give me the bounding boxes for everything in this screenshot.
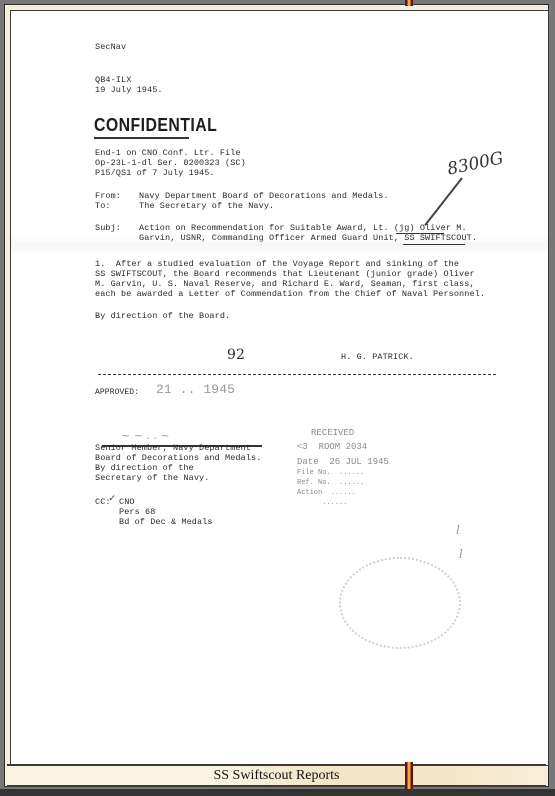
from-label: From: (95, 191, 121, 202)
reference-line-3: P15/QS1 of 7 July 1945. (95, 168, 215, 179)
document-scan: SecNav QB4-ILX 19 July 1945. CONFIDENTIA… (10, 10, 549, 766)
ribbon-bookmark-bottom (405, 762, 413, 791)
margin-mark: l (456, 523, 460, 537)
reference-line-1: End-1 on CNO Conf. Ltr. File (95, 148, 241, 159)
signature-block-line-1: Senior Member, Navy Department (95, 443, 251, 454)
page-mark: 92 (227, 347, 245, 363)
body-line-1: 1. After a studied evaluation of the Voy… (95, 259, 459, 270)
stamp-line-1: RECEIVED (311, 428, 354, 438)
ship-underline (403, 244, 465, 245)
margin-mark: l (459, 547, 463, 561)
viewer-bottom-edge (0, 789, 555, 796)
signature-block-line-3: By direction of the (95, 463, 194, 474)
document-date: 19 July 1945. (95, 85, 163, 96)
handwritten-slash (424, 177, 463, 226)
stamp-line-6: Action ...... (297, 489, 356, 497)
signature-scrawl: ~ ~ . . ~ (121, 429, 170, 442)
file-code: QB4-ILX (95, 75, 131, 86)
to-label: To: (95, 201, 111, 212)
closing-line: By direction of the Board. (95, 311, 230, 322)
faded-seal (339, 557, 461, 649)
reference-line-2: Op-23L-1-dl Ser. 0200323 (SC) (95, 158, 246, 169)
name-underline (396, 233, 444, 234)
stamp-line-7: ...... (297, 499, 347, 507)
cc-item-3: Bd of Dec & Medals (119, 517, 213, 528)
routing-line: SecNav (95, 42, 126, 53)
stamp-line-5: Ref. No. ...... (297, 479, 364, 487)
subject-label: Subj: (95, 223, 121, 234)
viewer-inner: SecNav QB4-ILX 19 July 1945. CONFIDENTIA… (4, 4, 549, 787)
stamp-line-2: <3 ROOM 2034 (297, 442, 367, 452)
caption-title: SS Swiftscout Reports (213, 768, 339, 784)
subject-line-1: Action on Recommendation for Suitable Aw… (139, 223, 467, 234)
checkmark-icon: ✓ (109, 495, 115, 506)
to-value: The Secretary of the Navy. (139, 201, 274, 212)
signature-block-line-4: Secretary of the Navy. (95, 473, 209, 484)
signatory-name: H. G. PATRICK. (341, 352, 414, 363)
classification-underline (94, 137, 189, 139)
signature-block-line-2: Board of Decorations and Medals. (95, 453, 261, 464)
approved-label: APPROVED: (95, 388, 139, 399)
body-line-2: SS SWIFTSCOUT, the Board recommends that… (95, 269, 475, 280)
cc-item-2: Pers 68 (119, 507, 155, 518)
subject-line-2: Garvin, USNR, Commanding Officer Armed G… (139, 233, 477, 244)
body-line-4: each be awarded a Letter of Commendation… (95, 289, 485, 300)
from-value: Navy Department Board of Decorations and… (139, 191, 389, 202)
stamp-line-3: Date 26 JUL 1945 (297, 457, 389, 467)
caption-bar: SS Swiftscout Reports (7, 764, 546, 787)
classification-stamp: CONFIDENTIAL (94, 115, 217, 136)
body-line-3: M. Garvin, U. S. Naval Reserve, and Rich… (95, 279, 475, 290)
stamp-line-4: File No. ...... (297, 469, 364, 477)
approved-date-stamp: 21 .. 1945 (156, 383, 235, 397)
cc-item-1: CNO (119, 497, 135, 508)
handwritten-note: 8300G (446, 148, 506, 179)
section-divider (98, 374, 496, 375)
